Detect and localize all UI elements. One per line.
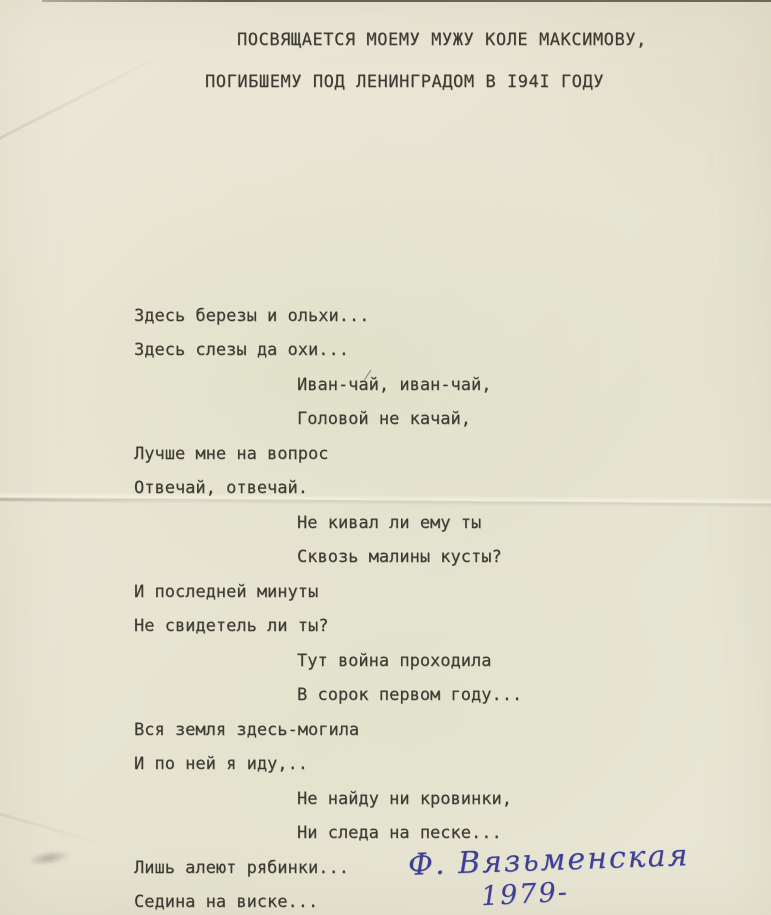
poem-body: Здесь березы и ольхи...Здесь слезы да ох… xyxy=(134,195,522,915)
poem-line: Не найду ни кровинки, xyxy=(134,782,522,817)
dedication-line-1: ПОСВЯЩАЕТСЯ МОЕМУ МУЖУ КОЛЕ МАКСИМОВУ, xyxy=(237,31,647,49)
poem-line: И по ней я иду,.. xyxy=(134,747,522,782)
poem-line: Седина на виске... xyxy=(134,885,522,915)
signature-year: 1979- xyxy=(480,877,569,913)
poem-line: Иван-чай, иван-чай, xyxy=(134,368,522,403)
poem-line: Не кивал ли ему ты xyxy=(134,506,522,541)
paper-crease-top-left xyxy=(0,47,176,147)
poem-line: Сквозь малины кусты? xyxy=(134,540,522,575)
poem-line: Здесь слезы да охи... xyxy=(134,333,522,368)
poem-line: Лучше мне на вопрос xyxy=(134,437,522,472)
poem-line: В сорок первом году... xyxy=(134,678,522,713)
typewritten-poem-page: ПОСВЯЩАЕТСЯ МОЕМУ МУЖУ КОЛЕ МАКСИМОВУ, П… xyxy=(0,0,771,915)
poem-line: Тут война проходила xyxy=(134,644,522,679)
poem-line: И последней минуты xyxy=(134,575,522,610)
poem-line: Отвечай, отвечай. xyxy=(134,471,522,506)
poem-line: Головой не качай, xyxy=(134,402,522,437)
dedication-line-2: ПОГИБШЕМУ ПОД ЛЕНИНГРАДОМ В I94I ГОДУ xyxy=(205,73,604,91)
poem-line: Вся земля здесь-могила xyxy=(134,713,522,748)
paper-crease-bottom-left xyxy=(0,808,110,847)
pencil-smudge xyxy=(26,848,72,869)
poem-line: Не свидетель ли ты? xyxy=(134,609,522,644)
poem-line: Здесь березы и ольхи... xyxy=(134,299,522,334)
scan-edge-top xyxy=(42,0,771,2)
